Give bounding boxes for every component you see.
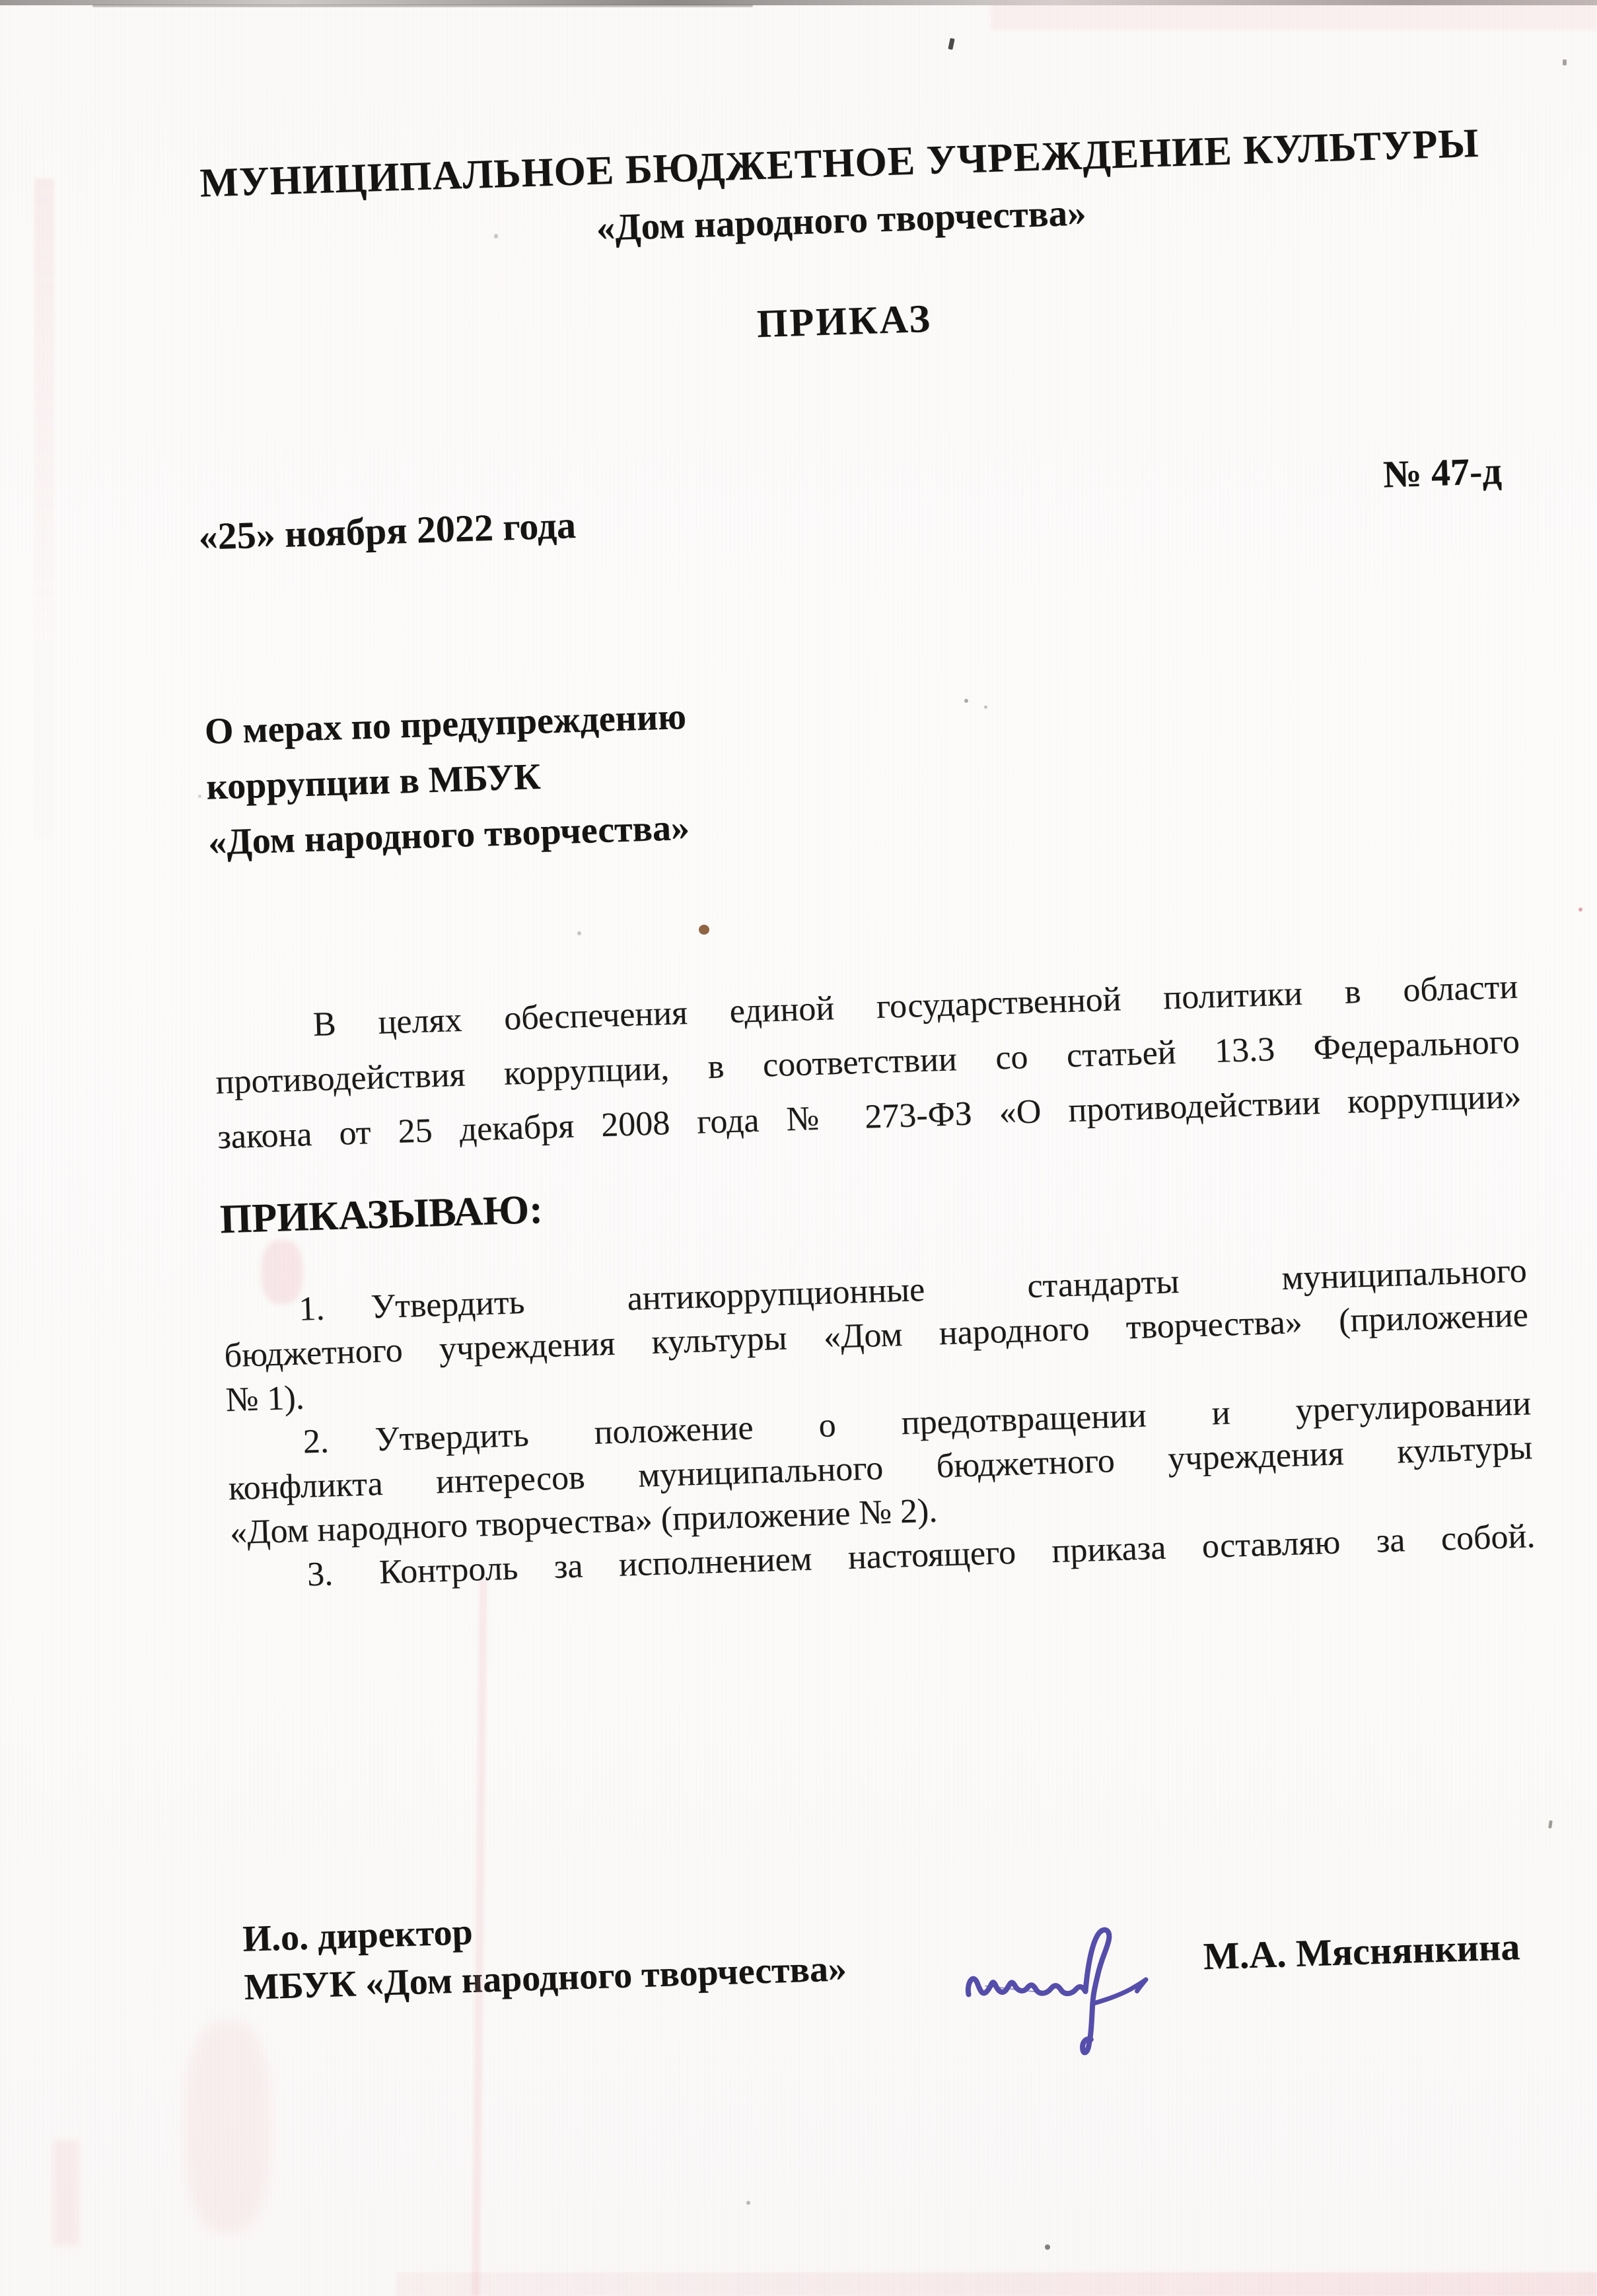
handwritten-signature [960, 1923, 1162, 2068]
item-number: 2. [302, 1422, 330, 1460]
item-number-tab [329, 1451, 375, 1452]
item-number-tab [325, 1318, 371, 1319]
doc-date: «25» ноября 2022 года [198, 503, 577, 559]
item-number: 1. [299, 1290, 326, 1328]
date-number-row: «25» ноября 2022 года № 47-д [198, 474, 1503, 559]
doc-type-heading: ПРИКАЗ [192, 278, 1497, 365]
document-content: МУНИЦИПАЛЬНОЕ БЮДЖЕТНОЕ УЧРЕЖДЕНИЕ КУЛЬТ… [0, 0, 1597, 2295]
scanned-document-page: МУНИЦИПАЛЬНОЕ БЮДЖЕТНОЕ УЧРЕЖДЕНИЕ КУЛЬТ… [0, 0, 1597, 2296]
order-heading: ПРИКАЗЫВАЮ: [219, 1155, 1524, 1243]
item-number: 3. [306, 1555, 334, 1593]
signatory-name: М.А. Мяснянкина [1203, 1922, 1597, 1979]
item-number-tab [334, 1583, 380, 1585]
doc-number: № 47-д [1382, 449, 1502, 497]
